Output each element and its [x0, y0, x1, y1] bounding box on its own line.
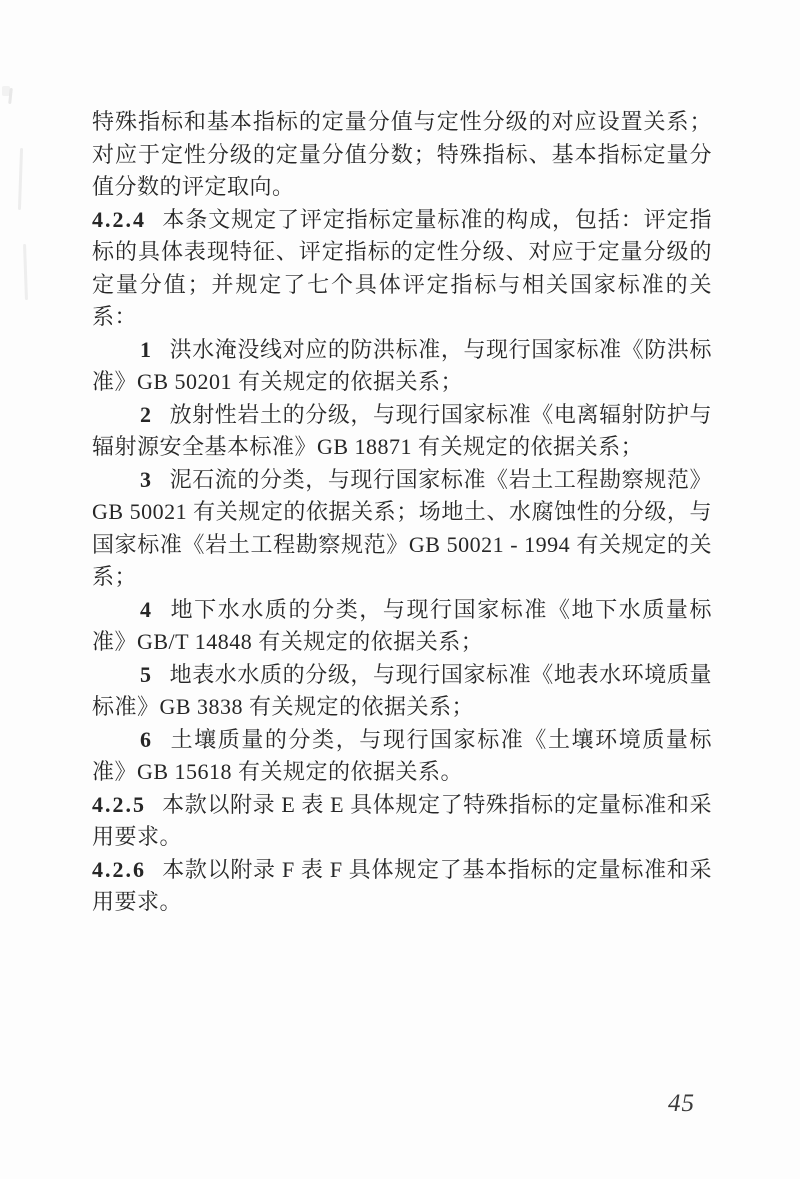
item-number: 1: [140, 337, 152, 362]
clause-paragraph: 4.2.4本条文规定了评定指标定量标准的构成，包括：评定指标的具体表现特征、评定…: [92, 204, 712, 334]
item-number: 4: [140, 597, 152, 622]
item-number: 2: [140, 402, 152, 427]
scan-artifact: [18, 148, 23, 210]
clause-label: 4.2.5: [92, 792, 146, 817]
page-number: 45: [668, 1090, 695, 1118]
item-text: 土壤质量的分类，与现行国家标准《土壤环境质量标准》GB 15618 有关规定的依…: [92, 727, 712, 785]
clause-text: 本款以附录 E 表 E 具体规定了特殊指标的定量标准和采用要求。: [92, 792, 712, 850]
item-text: 泥石流的分类，与现行国家标准《岩土工程勘察规范》GB 50021 有关规定的依据…: [92, 467, 712, 590]
clause-paragraph: 4.2.5本款以附录 E 表 E 具体规定了特殊指标的定量标准和采用要求。: [92, 789, 712, 854]
list-item: 3泥石流的分类，与现行国家标准《岩土工程勘察规范》GB 50021 有关规定的依…: [92, 464, 712, 594]
scanned-document-page: 特殊指标和基本指标的定量分值与定性分级的对应设置关系；对应于定性分级的定量分值分…: [0, 0, 800, 1179]
item-number: 3: [140, 467, 152, 492]
clause-text: 本条文规定了评定指标定量标准的构成，包括：评定指标的具体表现特征、评定指标的定性…: [92, 207, 712, 330]
list-item: 6土壤质量的分类，与现行国家标准《土壤环境质量标准》GB 15618 有关规定的…: [92, 724, 712, 789]
item-text: 地表水水质的分级，与现行国家标准《地表水环境质量标准》GB 3838 有关规定的…: [92, 662, 712, 720]
scan-artifact: [23, 244, 28, 300]
document-text-block: 特殊指标和基本指标的定量分值与定性分级的对应设置关系；对应于定性分级的定量分值分…: [92, 106, 712, 919]
list-item: 2放射性岩土的分级，与现行国家标准《电离辐射防护与辐射源安全基本标准》GB 18…: [92, 399, 712, 464]
item-number: 6: [140, 727, 152, 752]
list-item: 5地表水水质的分级，与现行国家标准《地表水环境质量标准》GB 3838 有关规定…: [92, 659, 712, 724]
item-number: 5: [140, 662, 152, 687]
clause-label: 4.2.6: [92, 857, 146, 882]
item-text: 地下水水质的分类，与现行国家标准《地下水质量标准》GB/T 14848 有关规定…: [92, 597, 712, 655]
item-text: 放射性岩土的分级，与现行国家标准《电离辐射防护与辐射源安全基本标准》GB 188…: [92, 402, 712, 460]
clause-text: 本款以附录 F 表 F 具体规定了基本指标的定量标准和采用要求。: [92, 857, 712, 915]
item-text: 洪水淹没线对应的防洪标准，与现行国家标准《防洪标准》GB 50201 有关规定的…: [92, 337, 712, 395]
list-item: 1洪水淹没线对应的防洪标准，与现行国家标准《防洪标准》GB 50201 有关规定…: [92, 334, 712, 399]
clause-label: 4.2.4: [92, 207, 146, 232]
body-paragraph: 特殊指标和基本指标的定量分值与定性分级的对应设置关系；对应于定性分级的定量分值分…: [92, 106, 712, 204]
paragraph-text: 特殊指标和基本指标的定量分值与定性分级的对应设置关系；对应于定性分级的定量分值分…: [92, 109, 712, 199]
scan-artifact: [2, 86, 10, 96]
list-item: 4地下水水质的分类，与现行国家标准《地下水质量标准》GB/T 14848 有关规…: [92, 594, 712, 659]
clause-paragraph: 4.2.6本款以附录 F 表 F 具体规定了基本指标的定量标准和采用要求。: [92, 854, 712, 919]
